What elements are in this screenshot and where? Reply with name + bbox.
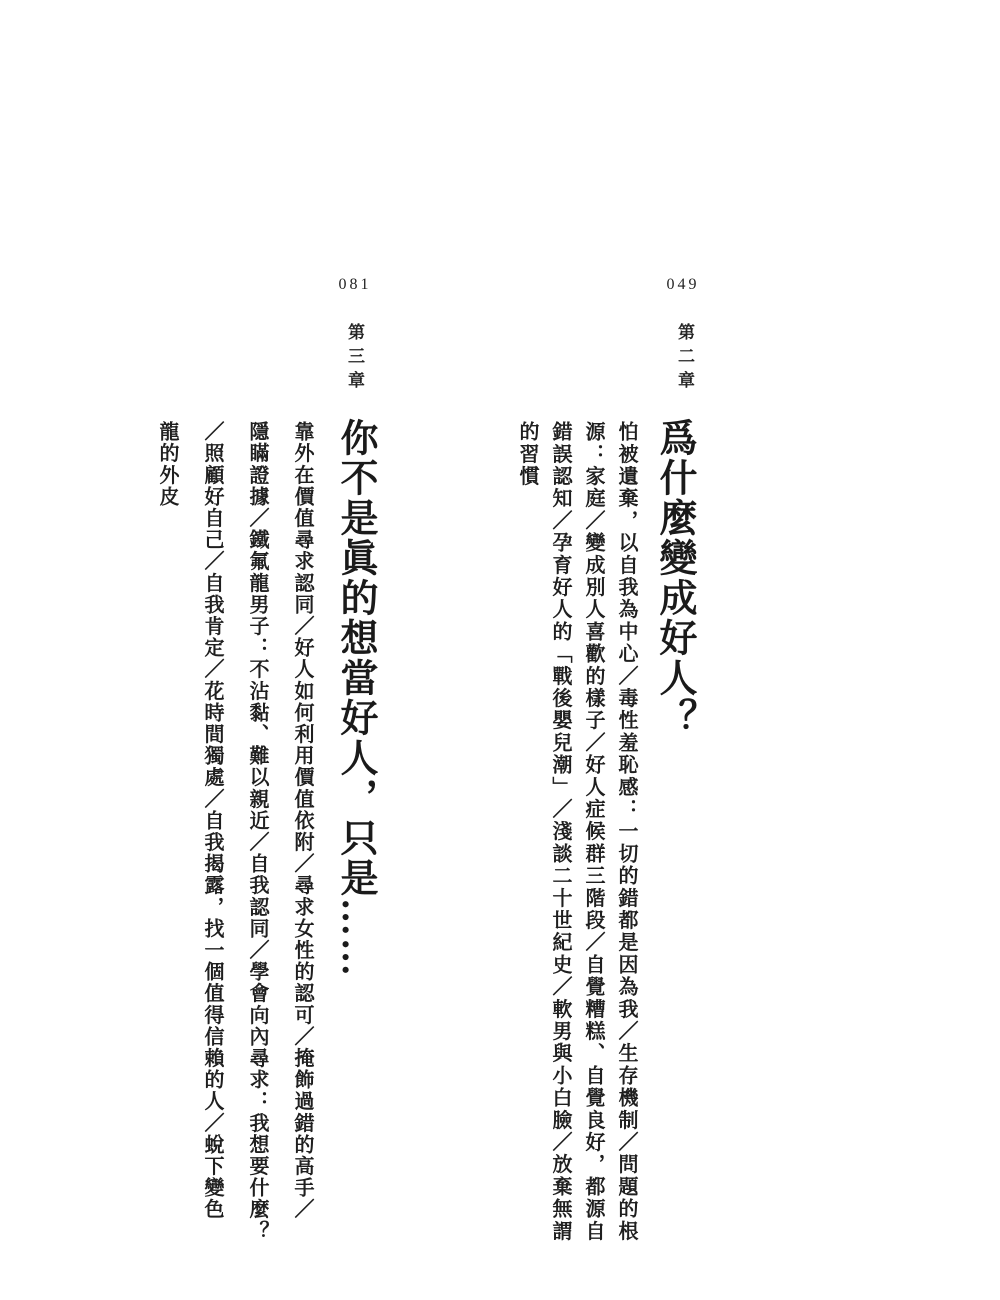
- chapter-title: 你不是眞的想當好人，只是……: [334, 418, 376, 978]
- toc-column: ／照顧好自己／自我肯定／花時間獨處／自我揭露，找一個值得信賴的人／蛻下變色: [189, 421, 234, 1281]
- toc-column: 隱瞞證據／鐵氟龍男子：不沾黏、難以親近／自我認同／學會向內尋求：我想要什麼？: [234, 421, 279, 1281]
- page-number: 049: [657, 276, 709, 294]
- chapter-title: 爲什麼變成好人？: [653, 418, 695, 738]
- chapter-label: 第三章: [342, 323, 367, 395]
- toc-column: 錯誤認知／孕育好人的「戰後嬰兒潮」／淺談二十世紀史／軟男與小白臉／放棄無謂: [543, 421, 576, 1281]
- toc-column: 源：家庭／變成別人喜歡的樣子／好人症候群三階段／自覺糟糕、自覺良好，都源自: [576, 421, 609, 1281]
- toc-column: 龍的外皮: [144, 421, 189, 1281]
- chapter-label: 第二章: [672, 323, 697, 395]
- page-number: 081: [329, 276, 381, 294]
- toc-page: 049 第二章 爲什麼變成好人？ 怕被遺棄，以自我為中心／毒性羞恥感：一切的錯都…: [0, 0, 1000, 1300]
- toc-column: 的習慣: [510, 421, 543, 1281]
- toc-column: 怕被遺棄，以自我為中心／毒性羞恥感：一切的錯都是因為我／生存機制／問題的根: [609, 421, 642, 1281]
- toc-text: 怕被遺棄，以自我為中心／毒性羞恥感：一切的錯都是因為我／生存機制／問題的根 源：…: [510, 421, 642, 1281]
- toc-text: 靠外在價值尋求認同／好人如何利用價值依附／尋求女性的認可／掩飾過錯的高手／ 隱瞞…: [144, 421, 324, 1281]
- toc-column: 靠外在價值尋求認同／好人如何利用價值依附／尋求女性的認可／掩飾過錯的高手／: [279, 421, 324, 1281]
